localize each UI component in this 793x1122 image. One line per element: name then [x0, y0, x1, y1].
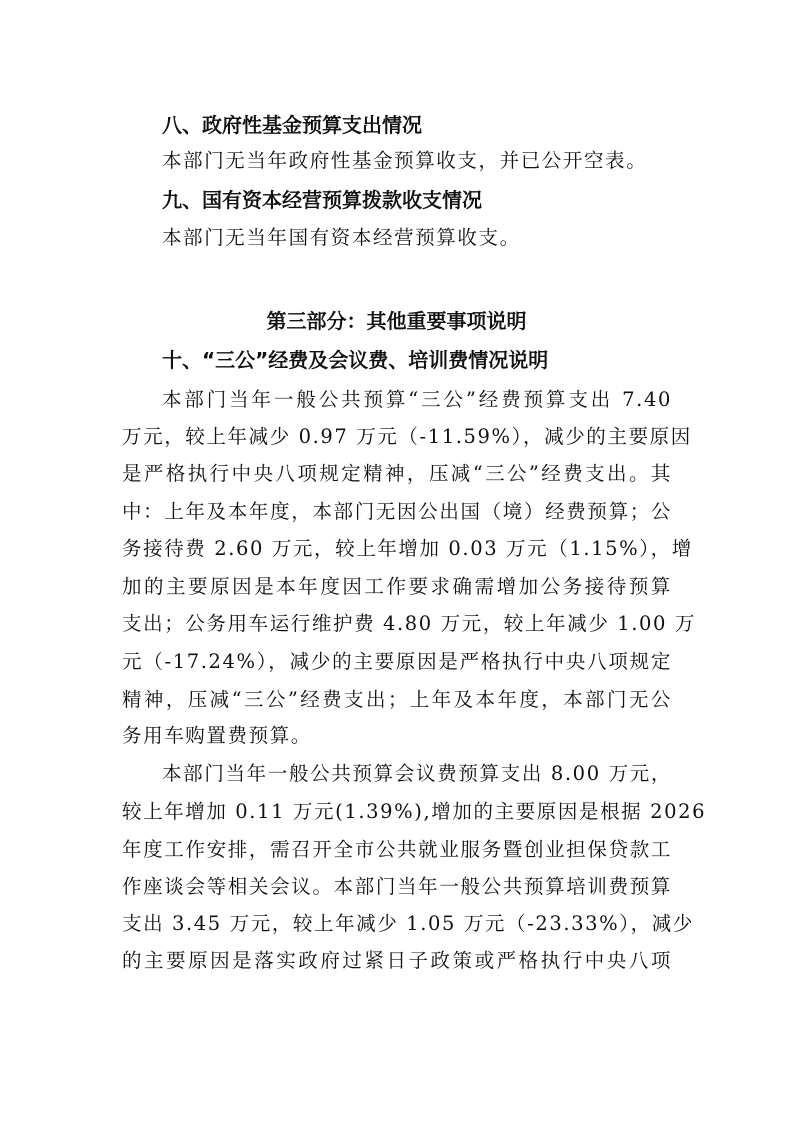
- section-heading-state-capital: 九、国有资本经营预算拨款收支情况: [162, 188, 482, 212]
- paragraph-line: 年度工作安排，需召开全市公共就业服务暨创业担保贷款工: [122, 838, 672, 862]
- paragraph-line: 本部门无当年政府性基金预算收支，并已公开空表。: [162, 149, 647, 173]
- paragraph-line: 的主要原因是落实政府过紧日子政策或严格执行中央八项: [122, 949, 672, 973]
- paragraph-line: 万元，较上年减少 0.97 万元（-11.59%），减少的主要原因: [122, 425, 672, 449]
- section-heading-government-fund: 八、政府性基金预算支出情况: [162, 113, 422, 137]
- paragraph-line: 本部门当年一般公共预算会议费预算支出 8.00 万元，: [162, 762, 672, 786]
- paragraph-line: 支出；公务用车运行维护费 4.80 万元，较上年减少 1.00 万: [122, 612, 672, 636]
- paragraph-line: 作座谈会等相关会议。本部门当年一般公共预算培训费预算: [122, 875, 672, 899]
- paragraph-line: 支出 3.45 万元，较上年减少 1.05 万元（-23.33%），减少: [122, 912, 672, 936]
- part-title: 第三部分：其他重要事项说明: [0, 309, 793, 333]
- paragraph-line: 务用车购置费预算。: [122, 724, 312, 748]
- section-heading-three-public-expenses: 十、“三公”经费及会议费、培训费情况说明: [162, 348, 548, 372]
- paragraph-line: 是严格执行中央八项规定精神，压减“三公”经费支出。其: [122, 462, 672, 486]
- paragraph-line: 较上年增加 0.11 万元(1.39%),增加的主要原因是根据 2026: [122, 800, 672, 824]
- paragraph-line: 元（-17.24%），减少的主要原因是严格执行中央八项规定: [122, 650, 672, 674]
- paragraph-line: 加的主要原因是本年度因工作要求确需增加公务接待预算: [122, 575, 672, 599]
- paragraph-line: 本部门无当年国有资本经营预算收支。: [162, 226, 521, 250]
- paragraph-line: 本部门当年一般公共预算“三公”经费预算支出 7.40: [162, 388, 672, 412]
- paragraph-line: 务接待费 2.60 万元，较上年增加 0.03 万元（1.15%），增: [122, 537, 672, 561]
- paragraph-line: 中：上年及本年度，本部门无因公出国（境）经费预算；公: [122, 500, 672, 524]
- paragraph-line: 精神，压减“三公”经费支出；上年及本年度，本部门无公: [122, 688, 672, 712]
